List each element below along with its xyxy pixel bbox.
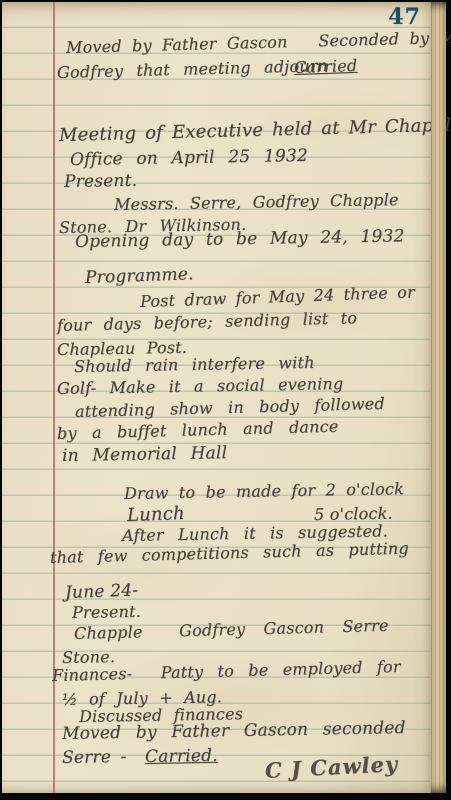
handwritten-line: four days before; sending list to (57, 308, 358, 335)
handwritten-line: Draw to be made for 2 o'clock (124, 479, 404, 503)
handwritten-line: Moved by Father Gascon Seconded by Mr (66, 28, 451, 57)
handwritten-line: Present. (64, 171, 138, 192)
book-edge (431, 2, 446, 793)
handwritten-line: Godfrey that meeting adjourn (57, 56, 329, 82)
handwritten-line: Serre - (62, 747, 127, 768)
handwritten-line: Messrs. Serre, Godfrey Chapple (114, 190, 399, 214)
handwritten-line: Carried (294, 56, 358, 77)
handwritten-line: Carried. (145, 746, 218, 767)
handwritten-line: Present. (72, 602, 141, 622)
handwritten-line: Meeting of Executive held at Mr Chapple (59, 114, 451, 146)
handwritten-line: Lunch (127, 503, 186, 526)
handwritten-line: that few competitions such as putting (50, 539, 409, 567)
handwritten-line: Post draw for May 24 three or (140, 282, 415, 311)
signature: C J Cawley (264, 751, 398, 783)
ledger-photo: 47 Moved by Father Gascon Seconded by Mr… (0, 0, 451, 800)
handwriting-layer: Moved by Father Gascon Seconded by MrGod… (2, 2, 431, 793)
handwritten-line: Should rain interfere with (74, 353, 315, 376)
handwritten-line: Programme. (85, 264, 194, 288)
handwritten-line: Golf- Make it a social evening (57, 374, 344, 398)
handwritten-line: by a buffet lunch and dance (57, 417, 339, 443)
handwritten-line: Office on April 25 1932 (70, 146, 308, 170)
handwritten-line: June 24- (65, 580, 139, 603)
handwritten-line: in Memorial Hall (62, 443, 228, 466)
ledger-page: 47 Moved by Father Gascon Seconded by Mr… (2, 2, 432, 793)
